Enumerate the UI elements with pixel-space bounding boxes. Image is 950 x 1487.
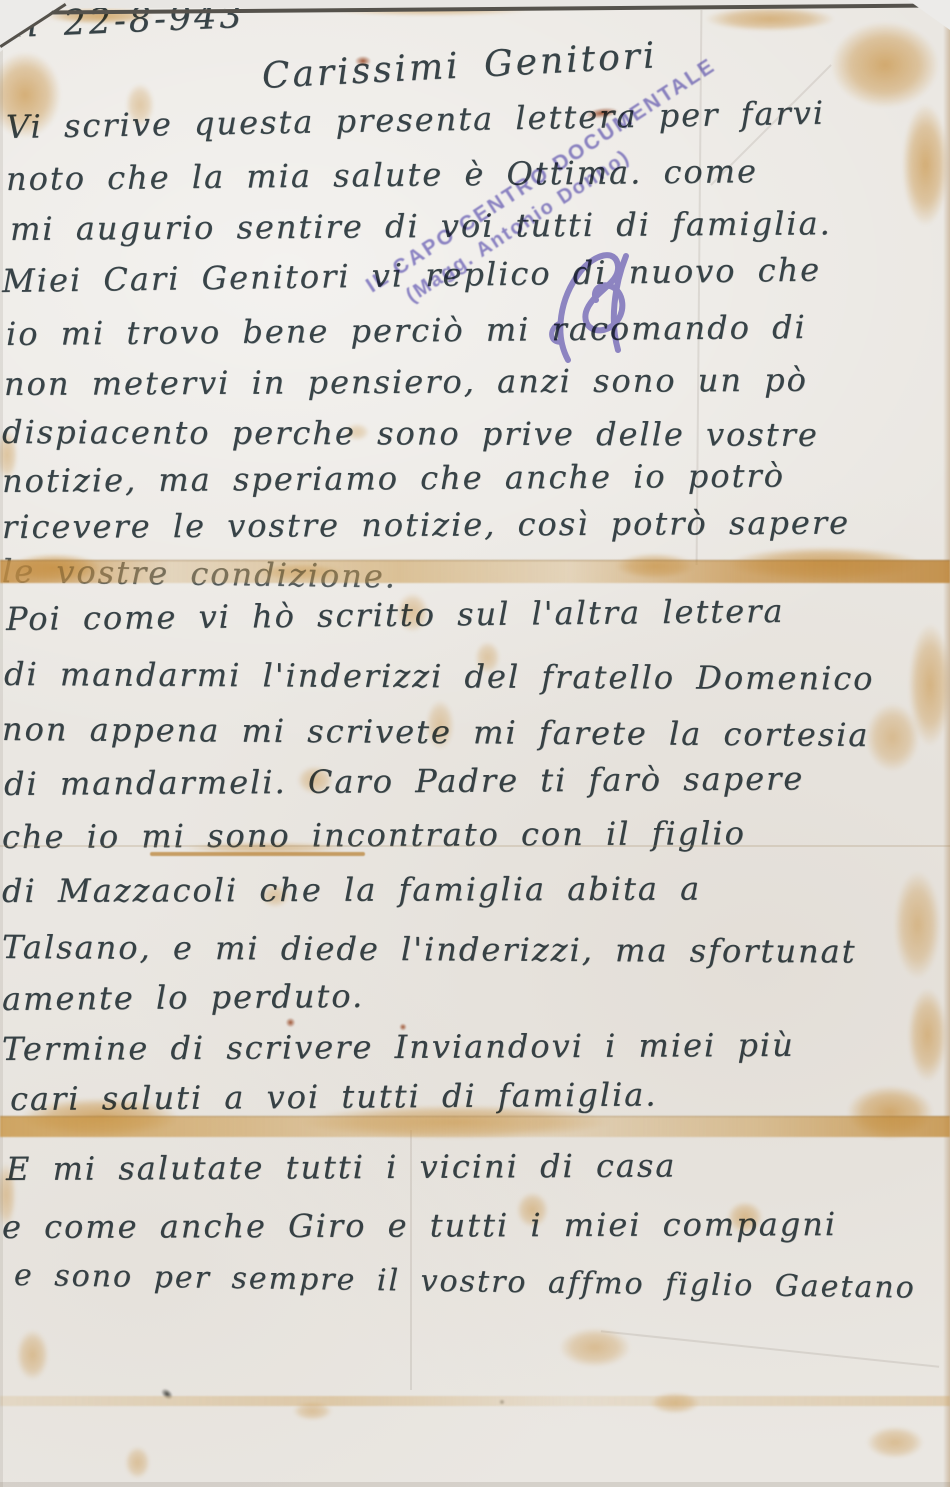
handwritten-line: Termine di scrivere Inviandovi i miei pi… — [2, 1026, 795, 1068]
stain-blob — [545, 1320, 645, 1375]
handwritten-line: E mi salutate tutti i vicini di casa — [6, 1146, 677, 1188]
fold-crease — [0, 845, 950, 847]
handwritten-line: io mi trovo bene perciò mi racomando di — [6, 308, 807, 353]
handwritten-line: notizie, ma speriamo che anche io potrò — [2, 457, 785, 500]
handwritten-line: noto che la mia salute è Ottima. come — [6, 152, 758, 198]
handwritten-line: ricevere le vostre notizie, così potrò s… — [2, 504, 850, 546]
stain-blob — [120, 1440, 155, 1485]
fold-crease — [0, 1396, 950, 1406]
fold-crease — [0, 560, 950, 583]
fold-crease — [0, 1116, 950, 1137]
handwritten-line: di mandarmeli. Caro Padre ti farò sapere — [4, 759, 805, 803]
handwritten-line: cari saluti a voi tutti di famiglia. — [10, 1075, 658, 1118]
stain-blob — [893, 80, 950, 250]
sheet-right-edge — [943, 0, 950, 1487]
handwritten-line: di mandarmi l'inderizzi del fratello Dom… — [4, 655, 875, 698]
sheet-bottom-edge — [0, 1482, 950, 1487]
handwritten-line: di Mazzacoli che la famiglia abita a — [2, 870, 701, 910]
stain-blob — [855, 1420, 935, 1465]
stain-blob — [830, 1075, 950, 1150]
handwritten-line: non appena mi scrivete mi farete la cort… — [2, 710, 870, 754]
rust-spot — [284, 1016, 297, 1029]
handwritten-line: Talsano, e mi diede l'inderizzi, ma sfor… — [2, 928, 857, 970]
handwritten-line: e sono per sempre il vostro affmo figlio… — [14, 1258, 916, 1306]
handwritten-line: e come anche Giro e tutti i miei compagn… — [2, 1205, 837, 1246]
handwritten-line: amente lo perduto. — [2, 977, 364, 1018]
letter-page: lì 22-8-943 Carissimi Genitori Vi scrive… — [0, 0, 950, 1487]
salutation: Carissimi Genitori — [261, 35, 659, 97]
paper-crease — [601, 1330, 939, 1368]
sheet-left-edge — [0, 0, 3, 1487]
handwritten-line: non metervi in pensiero, anzi sono un pò — [4, 361, 808, 403]
handwritten-line: Poi come vi hò scritto sul l'altra lette… — [6, 592, 785, 638]
stain-blob — [10, 1320, 55, 1390]
handwritten-line: dispiacento perche sono prive delle vost… — [2, 413, 819, 454]
signature-flourish-icon — [540, 238, 670, 368]
faded-underline — [150, 852, 365, 856]
handwritten-line: che io mi sono incontrato con il figlio — [2, 814, 746, 856]
